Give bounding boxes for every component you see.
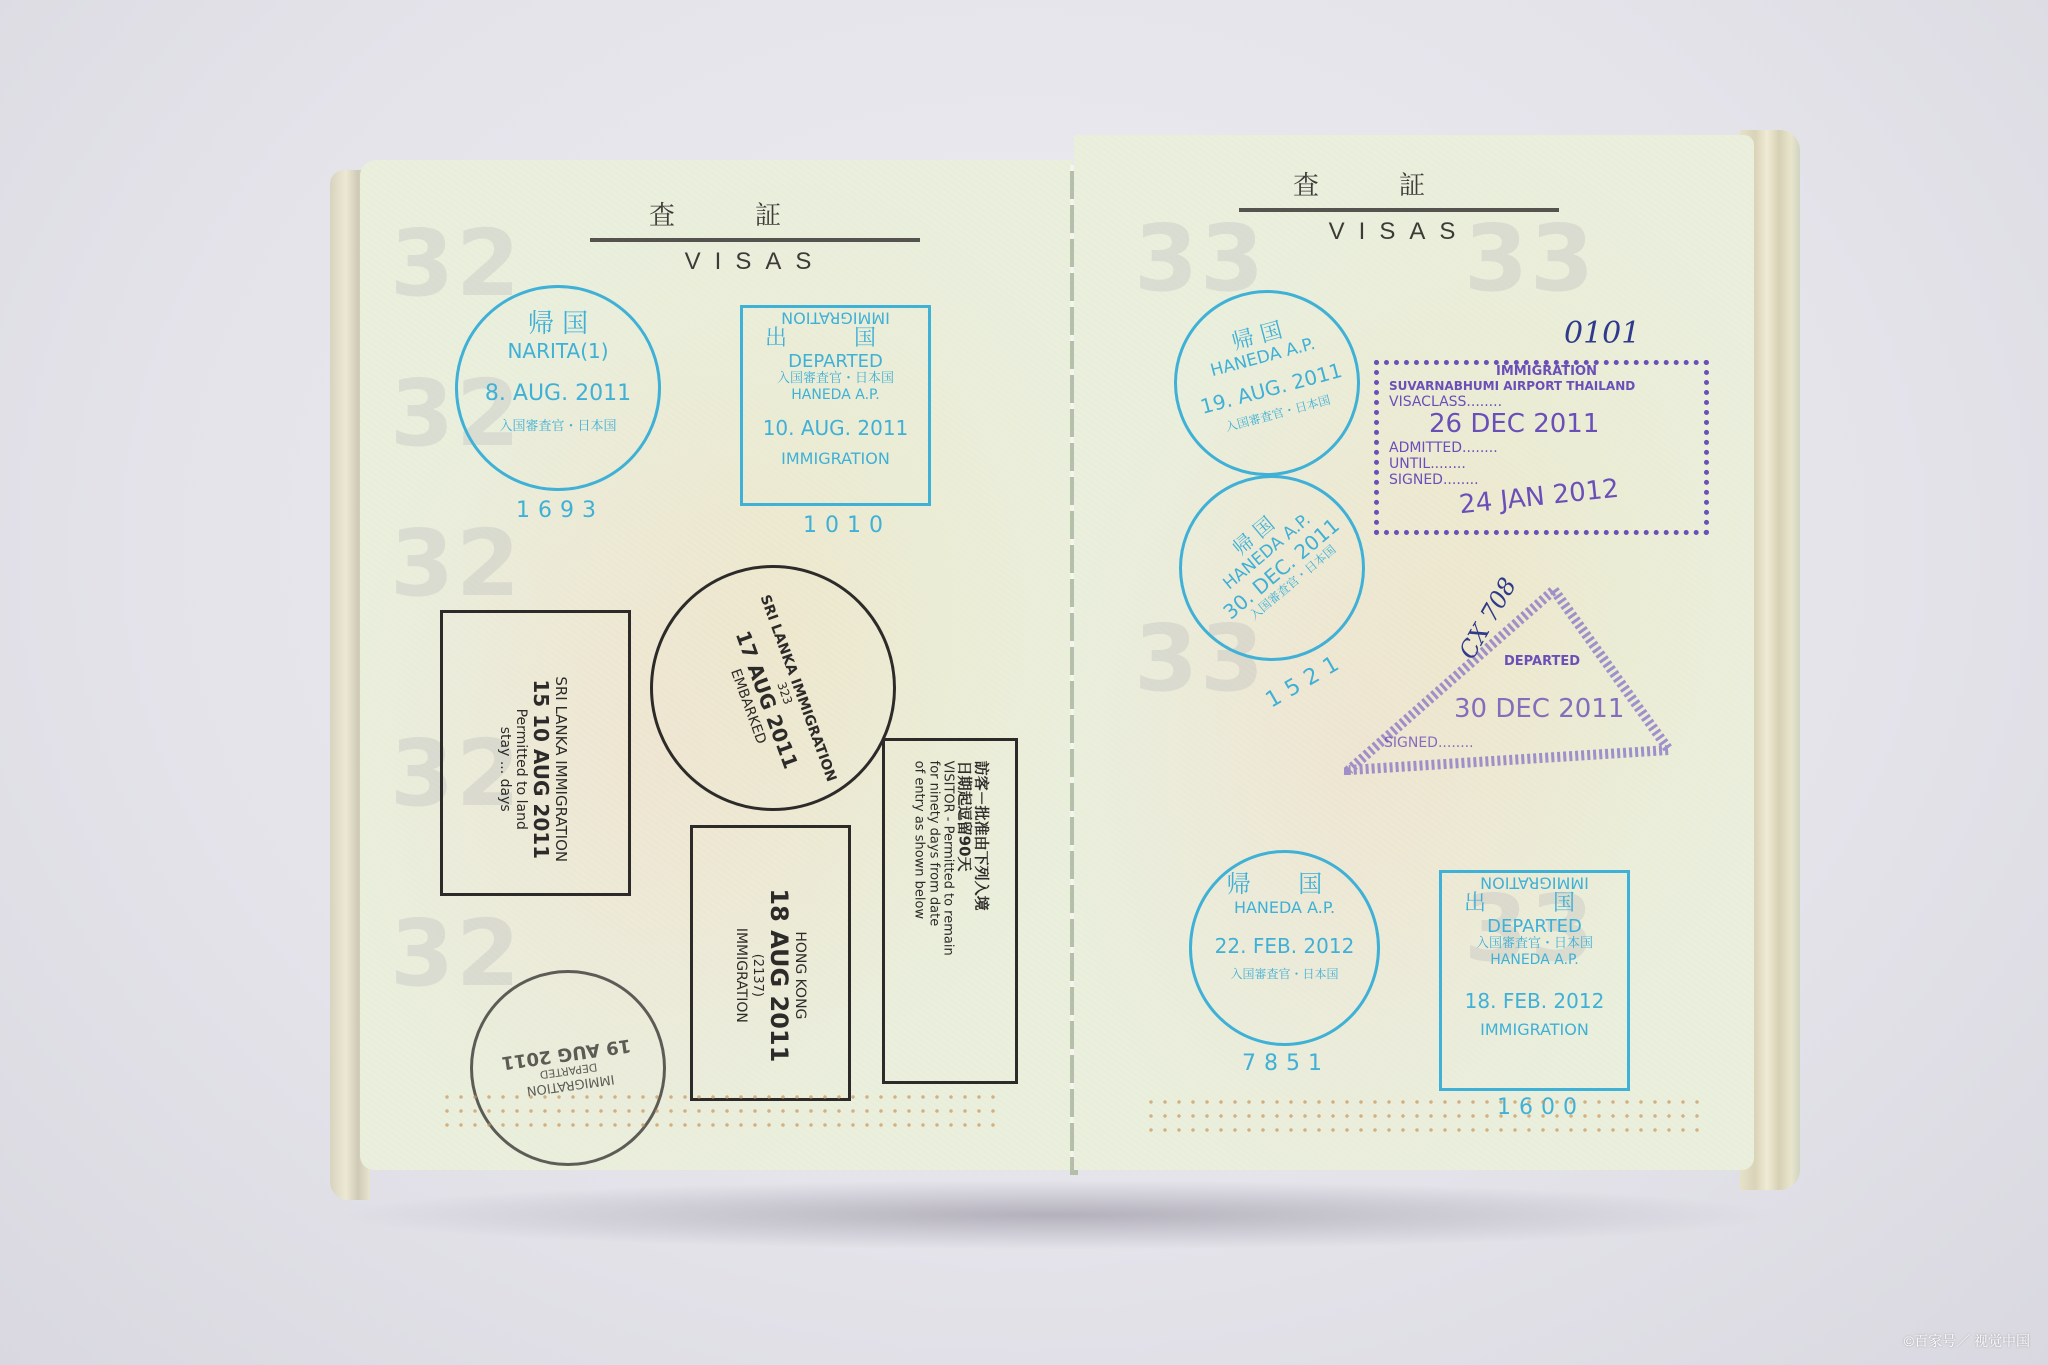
stamp-thailand-arrival: IMMIGRATION SUVARNABHUMI AIRPORT THAILAN… [1374, 360, 1709, 535]
header-rule [590, 238, 920, 242]
stamp-text: SIGNED........ [1384, 735, 1474, 751]
stamp-text: UNTIL........ [1389, 456, 1704, 472]
stamp-number: 1521 [1262, 648, 1351, 714]
stamp-haneda-arrival-aug: 帰 国 HANEDA A.P. 19. AUG. 2011 入国審査官・日本国 [1174, 290, 1360, 476]
stamp-text: 入国審査官・日本国 [743, 372, 928, 387]
stamp-narita-arrival: 帰 国 NARITA(1) 8. AUG. 2011 入国審査官・日本国 169… [455, 285, 661, 491]
stamp-text: SUVARNABHUMI AIRPORT THAILAND [1389, 380, 1704, 394]
stamp-haneda-departure: IMMIGRATION 出 国 DEPARTED 入国審査官・日本国 HANED… [740, 305, 931, 506]
stamp-text: HANEDA A.P. [1442, 952, 1627, 968]
stamp-text: IMMIGRATION [743, 450, 928, 468]
stamp-text: 帰 国 [1192, 871, 1377, 899]
stamp-text: for ninety days from date [925, 761, 940, 1101]
stamp-text: 出 国 [743, 326, 928, 351]
header-rule [1239, 208, 1559, 212]
page-number-watermark: 32 [390, 900, 522, 1007]
stamp-sri-lanka-arrival: SRI LANKA IMMIGRATION 15 10 AUG 2011 Per… [440, 610, 631, 896]
stamp-date: 8. AUG. 2011 [458, 381, 658, 406]
visa-page-left: 32 32 32 32 32 査証 VISAS 帰 国 NARITA(1) 8.… [360, 160, 1072, 1170]
stamp-text: HANEDA A.P. [1192, 899, 1377, 917]
visas-kanji: 査証 [1239, 165, 1559, 202]
stamp-text: 入国審査官・日本国 [458, 420, 658, 435]
visas-kanji: 査証 [590, 195, 920, 232]
stamp-text: IMMIGRATION [1442, 873, 1627, 891]
stamp-haneda-departure-feb: IMMIGRATION 出 国 DEPARTED 入国審査官・日本国 HANED… [1439, 870, 1630, 1091]
stamp-thailand-departure: DEPARTED 30 DEC 2011 SIGNED........ CX 7… [1344, 575, 1674, 775]
stamp-text: IMMIGRATION [1442, 1021, 1627, 1039]
visas-header: 査証 VISAS [590, 195, 920, 276]
stamp-haneda-arrival-feb: 帰 国 HANEDA A.P. 22. FEB. 2012 入国審査官・日本国 … [1189, 850, 1380, 1046]
stamp-text: 入国審査官・日本国 [1192, 968, 1377, 982]
stamp-text: SRI LANKA IMMIGRATION [552, 629, 569, 909]
stamp-date: 22. FEB. 2012 [1192, 935, 1377, 958]
stamp-number: 1693 [516, 498, 604, 523]
stamp-text: of entry as shown below [910, 761, 925, 1101]
stamp-text: DEPARTED [743, 352, 928, 373]
perforation-dots [440, 1090, 1000, 1130]
stamp-date: 15 10 AUG 2011 [529, 629, 552, 909]
stamp-number: 1010 [803, 513, 891, 538]
stamp-text: IMMIGRATION [733, 843, 749, 1108]
stamp-sri-lanka-departure: SRI LANKA IMMIGRATION 323 17 AUG 2011 EM… [650, 565, 896, 811]
stamp-haneda-arrival-dec: 帰 国 HANEDA A.P. 30. DEC. 2011 入国審査官・日本国 … [1179, 475, 1365, 661]
visas-title: VISAS [1239, 218, 1559, 246]
stamp-text: HONG KONG [792, 843, 808, 1108]
stamp-text: 入国審査官・日本国 [1442, 937, 1627, 952]
stamp-text: NARITA(1) [458, 340, 658, 363]
handwritten-note: 0101 [1564, 317, 1640, 352]
stamp-text: DEPARTED [1442, 917, 1627, 938]
stamp-text: IMMIGRATION [743, 308, 928, 326]
stamp-date: 30 DEC 2011 [1454, 695, 1624, 725]
stamp-text: VISACLASS........ [1389, 394, 1704, 410]
stamp-text: 出 国 [1442, 891, 1627, 916]
copyright-watermark: ©百家号／ 视觉中国 [1904, 1331, 2030, 1351]
open-passport: 32 32 32 32 32 査証 VISAS 帰 国 NARITA(1) 8.… [330, 125, 1800, 1210]
stamp-text: IMMIGRATION [1389, 365, 1704, 380]
stamp-date: 18. FEB. 2012 [1442, 990, 1627, 1013]
stamp-text: 日期起逗留90天 [955, 761, 972, 1101]
visas-header: 査証 VISAS [1239, 165, 1559, 246]
stamp-departed-round: IMMIGRATION DEPARTED 19 AUG 2011 [470, 970, 666, 1166]
stamp-text: ADMITTED........ [1389, 440, 1704, 456]
stamp-date: 18 AUG 2011 [764, 843, 792, 1108]
stamp-date: 10. AUG. 2011 [743, 417, 928, 440]
stamp-text: 帰 国 [458, 310, 658, 340]
visa-page-right: 33 33 33 33 査証 VISAS 帰 国 HANEDA A.P. 19.… [1074, 135, 1754, 1170]
stamp-date: 26 DEC 2011 [1389, 410, 1704, 440]
page-number-watermark: 32 [390, 510, 522, 617]
stamp-number: 7851 [1242, 1051, 1330, 1076]
stamp-text: stay ... days [497, 629, 513, 909]
stamp-visitor-permit: 訪客－批准由下列入境 日期起逗留90天 VISITOR - Permitted … [882, 738, 1018, 1084]
stamp-text: Permitted to land [513, 629, 529, 909]
visas-title: VISAS [590, 248, 920, 276]
stamp-text: (2137) [749, 843, 764, 1108]
stamp-text: 訪客－批准由下列入境 [972, 761, 989, 1101]
stamp-hong-kong-arrival: HONG KONG 18 AUG 2011 (2137) IMMIGRATION [690, 825, 851, 1101]
perforation-dots [1144, 1095, 1704, 1135]
stamp-text: VISITOR - Permitted to remain [940, 761, 955, 1101]
stamp-text: HANEDA A.P. [743, 387, 928, 403]
stamp-text: DEPARTED [1504, 655, 1580, 670]
